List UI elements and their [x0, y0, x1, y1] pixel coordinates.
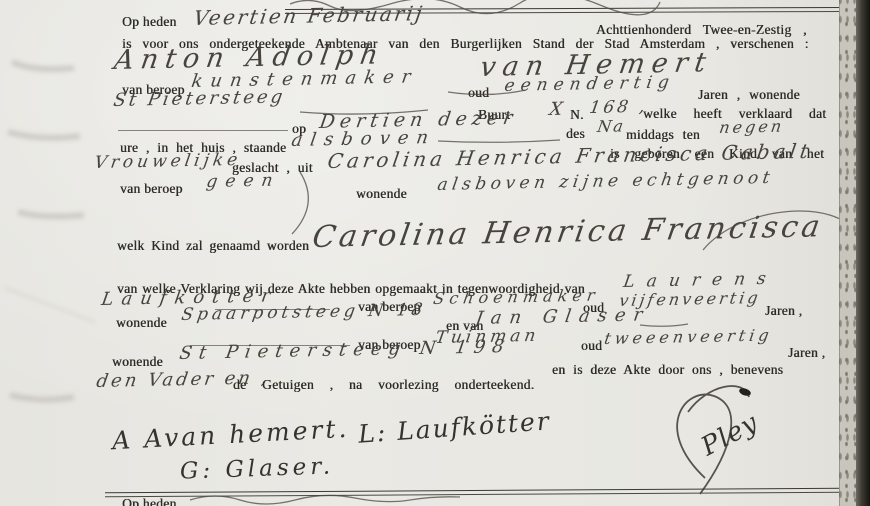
birth-certificate-scan: Op heden Veertien Februarij Achttienhond…: [0, 0, 870, 506]
printed-oud-declarant: oud: [468, 85, 489, 101]
printed-closing-line2: de Getuigen , na voorlezing onderteekend…: [233, 377, 534, 393]
handwritten-witness1-address: Spaarpotsteeg N 18: [180, 300, 428, 325]
handwritten-house-number: 168 ,: [588, 97, 649, 118]
handwritten-witness2-name: Jan Glaser: [474, 304, 652, 329]
printed-next-record-op-heden: Op heden: [122, 496, 177, 506]
signature-registrar: Pley: [696, 408, 763, 463]
printed-wonende-witness2: wonende: [112, 354, 163, 370]
handwritten-declarant-age: eenendertig: [503, 72, 676, 96]
printed-jaren-witness2: Jaren ,: [788, 345, 825, 361]
printed-child-lead: welk Kind zal genaamd worden: [117, 238, 309, 254]
record-separator-rule-bottom: [105, 488, 845, 498]
handwritten-child-name: Carolina Henrica Francisca: [310, 209, 826, 255]
signature-witness2: G: Glaser.: [180, 453, 335, 484]
handwritten-daypart: Na: [596, 116, 626, 136]
page-edge-band: [839, 0, 856, 506]
printed-van-beroep-mother: van beroep: [120, 181, 183, 197]
page-edge-shadow: [856, 0, 870, 506]
printed-no-label: N.: [570, 107, 584, 123]
printed-jaren-wonende: Jaren , wonende: [698, 87, 800, 103]
signature-declarant: A Avan hemert.: [111, 414, 350, 455]
handwritten-witness2-age: tweeenveertig: [603, 325, 774, 348]
handwritten-declarant-street: St Pietersteeg: [112, 86, 287, 111]
printed-oud-witness2: oud: [581, 338, 602, 354]
handwritten-mother-residence: alsboven zijne echtgenoot: [436, 168, 776, 195]
printed-jaren-witness1: Jaren ,: [765, 303, 802, 319]
printed-des-label: des: [566, 126, 585, 142]
form-blank-rule-1: [118, 130, 288, 131]
handwritten-buurt-code: X: [548, 99, 564, 120]
printed-wonende-witness1: wonende: [116, 315, 167, 331]
signature-witness1: L: Laufkötter: [357, 406, 551, 448]
handwritten-witness1-occupation: Schoenmaker: [432, 285, 601, 308]
printed-op-heden: Op heden: [122, 14, 177, 30]
printed-wonende-mother: wonende: [356, 186, 407, 202]
handwritten-birth-hour: negen: [718, 117, 786, 137]
printed-closing-line1: en is deze Akte door ons , benevens: [552, 362, 783, 378]
handwritten-mother-occupation: geen: [205, 170, 282, 192]
handwritten-date: Veertien Februarij: [192, 1, 426, 30]
bottom-edge-handwriting-fragment: [190, 495, 460, 504]
ink-blot: [738, 387, 752, 397]
handwritten-witness2-address: St Pietersteeg N 198: [178, 336, 512, 364]
handwritten-sex: Vrouwelijke: [93, 150, 243, 173]
